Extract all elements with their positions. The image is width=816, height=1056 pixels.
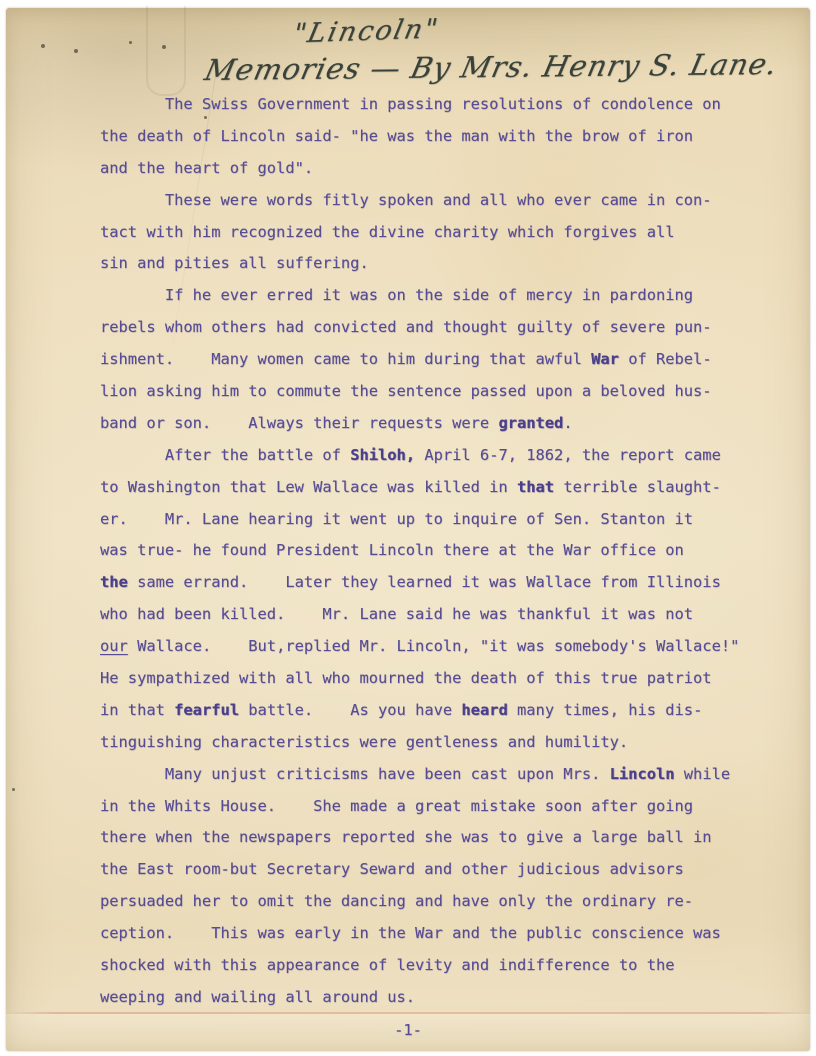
paper-speck	[12, 788, 15, 791]
typed-segment-bold: fearful	[174, 701, 239, 719]
typed-segment: tact with him recognized the divine char…	[100, 223, 675, 241]
typed-segment-bold: War	[591, 350, 619, 368]
typed-line: lion asking him to commute the sentence …	[100, 376, 760, 408]
typed-segment: to Washington that Lew Wallace was kille…	[100, 478, 517, 496]
paper-speck	[129, 41, 132, 44]
typed-line: in the Whits House. She made a great mis…	[100, 791, 760, 823]
typed-segment: the death of Lincoln said- "he was the m…	[100, 127, 693, 145]
typed-line: band or son. Always their requests were …	[100, 408, 760, 440]
typed-line: who had been killed. Mr. Lane said he wa…	[100, 599, 760, 631]
typed-line: was true- he found President Lincoln the…	[100, 535, 760, 567]
typed-segment: sin and pities all suffering.	[100, 254, 369, 272]
typed-segment: was true- he found President Lincoln the…	[100, 541, 684, 559]
typed-segment: If he ever erred it was on the side of m…	[100, 286, 693, 304]
typed-segment: who had been killed. Mr. Lane said he wa…	[100, 605, 693, 623]
typed-segment: in that	[100, 701, 174, 719]
typed-line: If he ever erred it was on the side of m…	[100, 280, 760, 312]
handwritten-byline: Memories — By Mrs. Henry S. Lane.	[202, 47, 782, 87]
paperclip-imprint	[146, 6, 186, 96]
typed-line: the same errand. Later they learned it w…	[100, 567, 760, 599]
typed-line: tact with him recognized the divine char…	[100, 217, 760, 249]
typed-line: After the battle of Shiloh, April 6-7, 1…	[100, 440, 760, 472]
typed-segment: shocked with this appearance of levity a…	[100, 956, 675, 974]
typed-segment: the East room-but Secretary Seward and o…	[100, 860, 684, 878]
typed-segment: lion asking him to commute the sentence …	[100, 382, 712, 400]
typed-segment: of Rebel-	[619, 350, 712, 368]
typed-line: sin and pities all suffering.	[100, 248, 760, 280]
typed-segment: ception. This was early in the War and t…	[100, 924, 721, 942]
typed-segment: many times, his dis-	[508, 701, 703, 719]
typed-segment: in the Whits House. She made a great mis…	[100, 797, 693, 815]
typed-segment-bold: Shiloh,	[350, 446, 415, 464]
typed-segment: April 6-7, 1862, the report came	[415, 446, 721, 464]
typed-line: the East room-but Secretary Seward and o…	[100, 854, 760, 886]
typed-line: weeping and wailing all around us.	[100, 982, 760, 1014]
typed-segment: Wallace. But,replied Mr. Lincoln, "it wa…	[128, 637, 740, 655]
typed-segment: battle. As you have	[239, 701, 461, 719]
typed-line: ishment. Many women came to him during t…	[100, 344, 760, 376]
typed-segment: terrible slaught-	[554, 478, 721, 496]
paper-speck	[162, 45, 166, 49]
typed-segment: Many unjust criticisms have been cast up…	[100, 765, 610, 783]
typed-line: our Wallace. But,replied Mr. Lincoln, "i…	[100, 631, 760, 663]
typed-line: er. Mr. Lane hearing it went up to inqui…	[100, 504, 760, 536]
typed-segment: tinguishing characteristics were gentlen…	[100, 733, 628, 751]
typed-line: Many unjust criticisms have been cast up…	[100, 759, 760, 791]
typed-line: persuaded her to omit the dancing and ha…	[100, 886, 760, 918]
typed-line: He sympathized with all who mourned the …	[100, 663, 760, 695]
typed-segment: while	[675, 765, 731, 783]
fold-line	[6, 1012, 810, 1014]
typed-segment-bold: heard	[461, 701, 507, 719]
paper-speck	[74, 49, 78, 53]
scanned-document: "Lincoln" Memories — By Mrs. Henry S. La…	[0, 0, 816, 1056]
typed-segment: and the heart of gold".	[100, 159, 313, 177]
typed-segment: weeping and wailing all around us.	[100, 988, 415, 1006]
typed-line: in that fearful battle. As you have hear…	[100, 695, 760, 727]
typed-line: and the heart of gold".	[100, 153, 760, 185]
typed-segment: rebels whom others had convicted and tho…	[100, 318, 712, 336]
typed-segment: same errand. Later they learned it was W…	[128, 573, 721, 591]
paper-speck	[41, 44, 45, 48]
typed-segment: there when the newspapers reported she w…	[100, 828, 712, 846]
typed-line: to Washington that Lew Wallace was kille…	[100, 472, 760, 504]
typed-segment: ishment. Many women came to him during t…	[100, 350, 591, 368]
typed-segment-bold: the	[100, 573, 128, 591]
page-number: -1-	[6, 1021, 810, 1039]
paper-sheet: "Lincoln" Memories — By Mrs. Henry S. La…	[6, 8, 810, 1051]
typed-segment-underline: our	[100, 637, 128, 655]
typed-text-body: The Swiss Government in passing resoluti…	[100, 89, 760, 1014]
typed-line: there when the newspapers reported she w…	[100, 822, 760, 854]
handwritten-title: "Lincoln"	[290, 13, 442, 49]
typed-line: These were words fitly spoken and all wh…	[100, 185, 760, 217]
typed-segment: He sympathized with all who mourned the …	[100, 669, 712, 687]
typed-segment: The Swiss Government in passing resoluti…	[100, 95, 721, 113]
typed-line: the death of Lincoln said- "he was the m…	[100, 121, 760, 153]
typed-segment-bold: Lincoln	[610, 765, 675, 783]
typed-segment: After the battle of	[100, 446, 350, 464]
typed-line: shocked with this appearance of levity a…	[100, 950, 760, 982]
typed-line: ception. This was early in the War and t…	[100, 918, 760, 950]
typed-segment: .	[563, 414, 572, 432]
typed-line: The Swiss Government in passing resoluti…	[100, 89, 760, 121]
typed-segment: er. Mr. Lane hearing it went up to inqui…	[100, 510, 693, 528]
typed-line: rebels whom others had convicted and tho…	[100, 312, 760, 344]
typed-segment: These were words fitly spoken and all wh…	[100, 191, 712, 209]
typed-segment-bold: granted	[498, 414, 563, 432]
typed-segment: persuaded her to omit the dancing and ha…	[100, 892, 693, 910]
typed-segment-bold: that	[517, 478, 554, 496]
typed-segment: band or son. Always their requests were	[100, 414, 498, 432]
typed-line: tinguishing characteristics were gentlen…	[100, 727, 760, 759]
